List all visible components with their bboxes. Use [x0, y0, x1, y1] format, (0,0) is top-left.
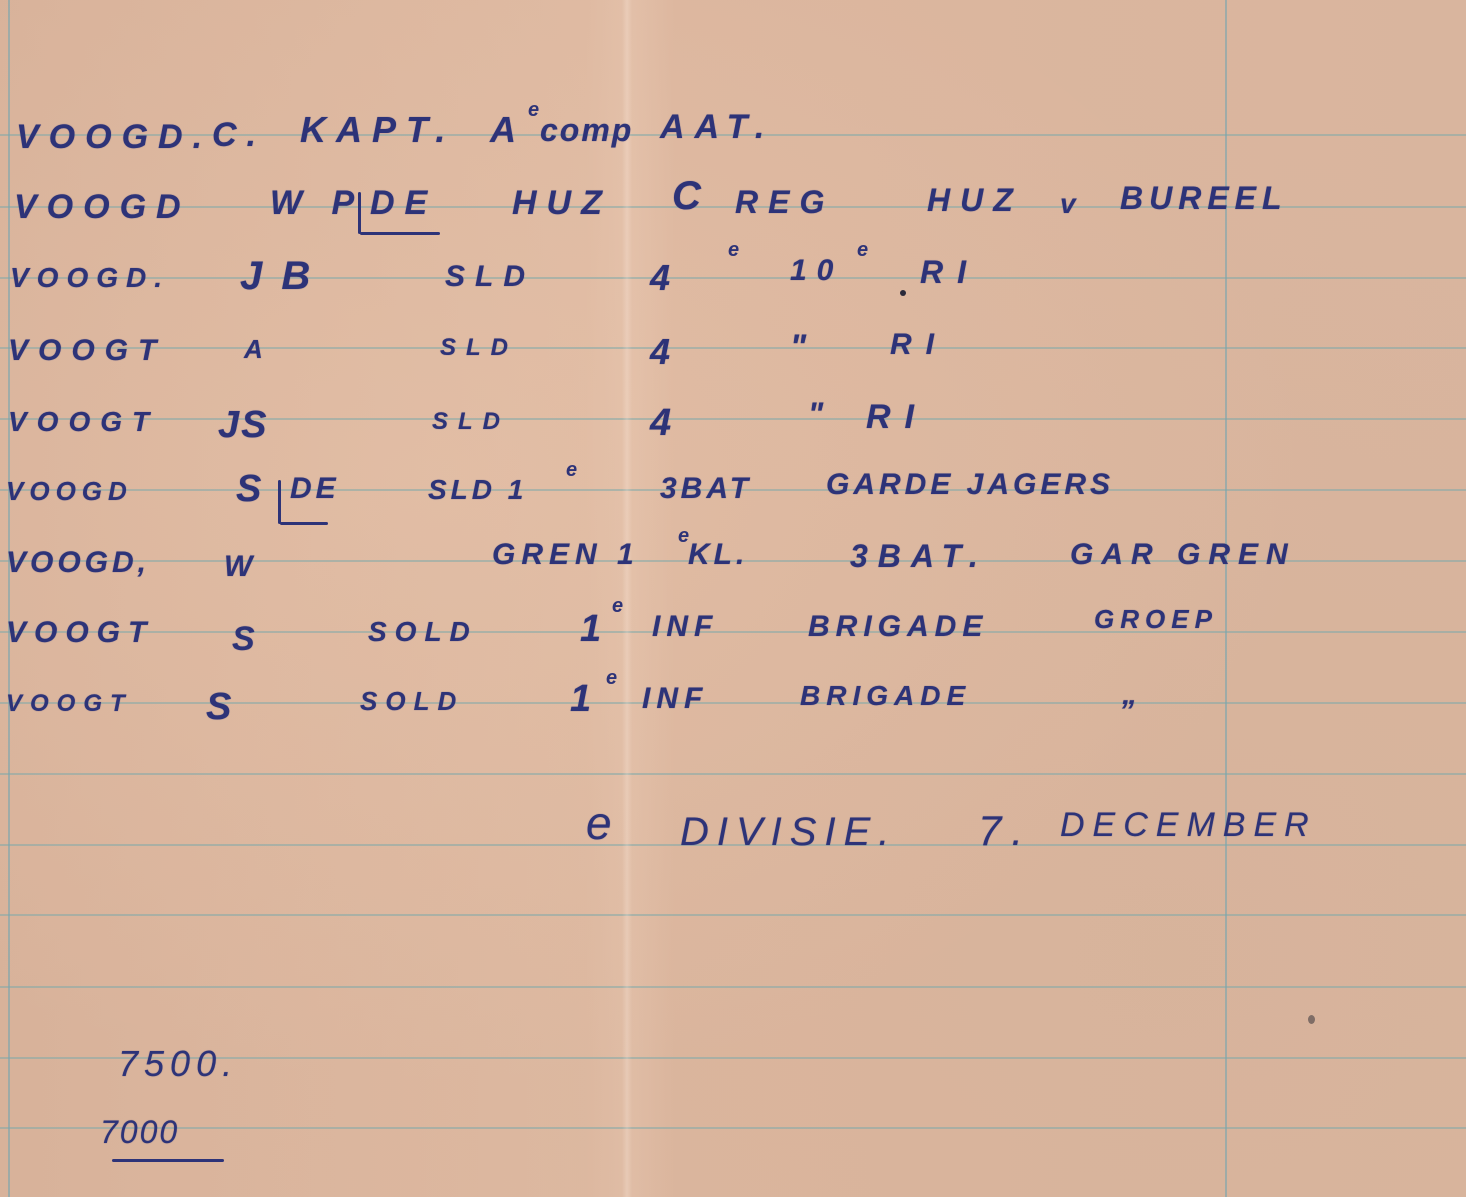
- initial: J B: [240, 256, 314, 296]
- ordinal: 4: [650, 404, 681, 442]
- rank: VOOGT: [8, 336, 166, 366]
- ordinal-suffix: e: [728, 240, 739, 260]
- initial: W: [224, 552, 262, 582]
- date-month: DECEMBER: [1060, 808, 1317, 842]
- underline: [360, 232, 440, 235]
- ruled-line: [0, 773, 1466, 775]
- rank: VOOGT: [8, 408, 159, 436]
- underline-bracket: [278, 480, 281, 524]
- ordinal-suffix: e: [857, 240, 868, 260]
- unit-abbr: RI: [866, 400, 928, 434]
- rank: VOOGD.: [10, 264, 170, 292]
- rank-abbr: SLD 1: [428, 476, 527, 504]
- ordinal: 4: [650, 334, 680, 370]
- ruled-line: [0, 631, 1466, 633]
- initial: C.: [212, 118, 266, 152]
- ruled-line: [0, 986, 1466, 988]
- figure-upper: 7500.: [118, 1046, 238, 1082]
- ruled-line: [0, 347, 1466, 349]
- initial: W P: [270, 186, 364, 220]
- rank: VOOGD,: [6, 548, 150, 578]
- rank: VOOGD: [6, 478, 133, 504]
- unit-name: GAR GREN: [1070, 540, 1296, 570]
- office: BUREEL: [1120, 182, 1288, 214]
- unit-name: BRIGADE: [808, 612, 988, 642]
- name-particle: DE: [370, 186, 437, 220]
- branch: INF: [642, 684, 708, 714]
- unit: HUZ: [512, 186, 612, 220]
- ditto: ": [808, 398, 833, 430]
- battalion: 3BAT: [660, 474, 752, 504]
- ordinal: 1: [570, 680, 601, 718]
- date-day: 7.: [978, 810, 1033, 852]
- unit: comp: [540, 114, 633, 146]
- preposition: v: [1060, 190, 1086, 218]
- ordinal: 1: [580, 610, 611, 648]
- ruled-line: [0, 1127, 1466, 1129]
- ditto: ": [790, 330, 816, 364]
- name-particle: DE: [290, 474, 340, 504]
- unit-letter: C: [672, 176, 711, 216]
- underline-bracket: [358, 192, 361, 234]
- initial: S: [232, 622, 265, 656]
- initial: JS: [218, 406, 268, 444]
- initial: A: [244, 336, 273, 362]
- initial: S: [236, 470, 271, 508]
- battalion: 3BAT.: [850, 540, 988, 572]
- branch: INF: [652, 612, 718, 642]
- rank: VOOGT: [6, 692, 133, 716]
- ordinal-suffix: e: [528, 100, 539, 120]
- ordinal-suffix: e: [606, 668, 617, 688]
- rank-abbr: SOLD: [368, 618, 478, 646]
- ordinal-suffix: e: [612, 596, 623, 616]
- unit-name: GROEP: [1094, 606, 1218, 632]
- rank-abbr: GREN 1: [492, 540, 640, 570]
- rank: VOOGD: [14, 190, 191, 224]
- unit-name: BRIGADE: [800, 682, 971, 710]
- ditto: „: [1122, 680, 1147, 710]
- title: KAPT.: [300, 112, 455, 148]
- unit-abbr: RI: [920, 256, 980, 288]
- figure-underline: [112, 1159, 224, 1162]
- left-margin-line: [8, 0, 10, 1197]
- unit-abbr: AAT.: [660, 110, 774, 144]
- rank-abbr: SLD: [432, 410, 510, 434]
- rank-abbr: SLD: [445, 262, 535, 292]
- unit-name: GARDE JAGERS: [826, 470, 1114, 500]
- ruled-line: [0, 914, 1466, 916]
- ruled-line: [0, 277, 1466, 279]
- unit-abbr: RI: [890, 330, 948, 360]
- division-label: DIVISIE.: [680, 812, 897, 852]
- rank-abbr: SLD: [440, 336, 518, 360]
- class: KL.: [688, 540, 748, 570]
- paper-fold: [622, 0, 632, 1197]
- underline: [280, 522, 328, 525]
- division-number: e: [586, 800, 622, 846]
- initial: S: [206, 688, 241, 726]
- ordinal-suffix: e: [566, 460, 577, 480]
- ordinal: 4: [650, 260, 680, 296]
- rank: VOOGT: [6, 618, 154, 648]
- figure-lower: 7000: [100, 1116, 179, 1148]
- unit: HUZ: [927, 184, 1023, 216]
- paper-stain: [1308, 1015, 1315, 1024]
- unit: REG: [735, 186, 834, 218]
- ink-blot: [900, 290, 906, 296]
- rank: VOOGD.: [16, 120, 212, 154]
- rank-abbr: SOLD: [360, 688, 464, 714]
- regiment-num: 10: [790, 256, 843, 286]
- ordinal: A: [490, 112, 526, 148]
